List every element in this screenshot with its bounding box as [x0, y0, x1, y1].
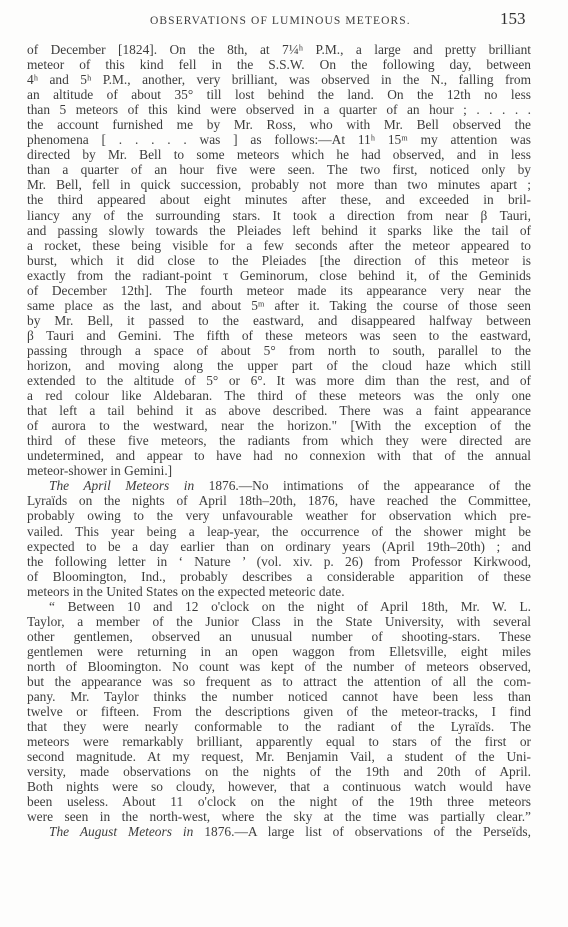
line-text: meteors in the United States on the expe…: [27, 584, 345, 599]
text-line: The August Meteors in 1876.—A large list…: [27, 824, 531, 839]
text-line: Both nights were so cloudy, however, tha…: [27, 779, 531, 794]
line-text: of Bloomington, Ind., probably describes…: [27, 569, 531, 584]
line-text: Both nights were so cloudy, however, tha…: [27, 779, 531, 794]
text-line: versity, made observations on the nights…: [27, 764, 531, 779]
text-line: than a quarter of an hour five were seen…: [27, 162, 531, 177]
section-heading-italic: The April Meteors in: [49, 478, 194, 493]
line-text: extended to the altitude of 5° or 6°. It…: [27, 373, 531, 388]
text-line: meteor-shower in Gemini.]: [27, 463, 531, 478]
text-line: exactly from the radiant-point τ Geminor…: [27, 268, 531, 283]
line-text: a rocket, these being visible for a few …: [27, 238, 531, 253]
page-number: 153: [500, 9, 526, 29]
line-text: been useless. About 11 o'clock on the ni…: [27, 794, 531, 809]
text-line: directed by Mr. Bell to some meteors whi…: [27, 147, 531, 162]
text-line: second magnitude. At my request, Mr. Ben…: [27, 749, 531, 764]
line-text: twelve or fifteen. From the descriptions…: [27, 704, 531, 719]
text-line: meteors were remarkably brilliant, appar…: [27, 734, 531, 749]
line-text: second magnitude. At my request, Mr. Ben…: [27, 749, 531, 764]
text-line: been useless. About 11 o'clock on the ni…: [27, 794, 531, 809]
line-text: were seen in the north-west, where the s…: [27, 809, 531, 824]
text-line: but the appearance was so frequent as to…: [27, 674, 531, 689]
line-text: of aurora to the westward, near the hori…: [27, 418, 531, 433]
line-text: the account furnished me by Mr. Ross, wh…: [27, 117, 531, 132]
line-text: vailed. This year being a leap-year, the…: [27, 524, 531, 539]
text-line: a rocket, these being visible for a few …: [27, 238, 531, 253]
line-text: 1876.—No intimations of the appearance o…: [194, 478, 531, 493]
line-text: than 5 meteors of this kind were observe…: [27, 102, 531, 117]
line-text: of December 12th]. The fourth meteor mad…: [27, 283, 531, 298]
line-text: the third appeared about eight minutes a…: [27, 192, 531, 207]
line-text: versity, made observations on the nights…: [27, 764, 531, 779]
text-line: of aurora to the westward, near the hori…: [27, 418, 531, 433]
text-line: by Mr. Bell, it passed to the eastward, …: [27, 313, 531, 328]
text-line: probably owing to the very unfavourable …: [27, 508, 531, 523]
line-text: directed by Mr. Bell to some meteors whi…: [27, 147, 531, 162]
line-text: meteor-shower in Gemini.]: [27, 463, 172, 478]
line-text: but the appearance was so frequent as to…: [27, 674, 531, 689]
line-text: other gentlemen, observed an unusual num…: [27, 629, 531, 644]
line-text: undetermined, and appear to have had no …: [27, 448, 531, 463]
text-line: Mr. Bell, fell in quick succession, prob…: [27, 177, 531, 192]
text-line: the following letter in ‘ Nature ’ (vol.…: [27, 554, 531, 569]
text-line: of Bloomington, Ind., probably describes…: [27, 569, 531, 584]
text-line: Lyraïds on the nights of April 18th–20th…: [27, 493, 531, 508]
line-text: and passing slowly towards the Pleiades …: [27, 223, 531, 238]
text-line: pany. Mr. Taylor thinks the number notic…: [27, 689, 531, 704]
text-line: burst, which it did close to the Pleiade…: [27, 253, 531, 268]
text-line: that they were nearly conformable to the…: [27, 719, 531, 734]
text-line: expected to be a day earlier than on ord…: [27, 539, 531, 554]
line-text: expected to be a day earlier than on ord…: [27, 539, 531, 554]
line-text: meteors were remarkably brilliant, appar…: [27, 734, 531, 749]
text-line: gentlemen were returning in an open wagg…: [27, 644, 531, 659]
running-header: OBSERVATIONS OF LUMINOUS METEORS. 153: [0, 9, 568, 29]
line-text: “ Between 10 and 12 o'clock on the night…: [49, 599, 531, 614]
line-text: meteor of this kind fell in the S.S.W. O…: [27, 57, 531, 72]
line-text: Lyraïds on the nights of April 18th–20th…: [27, 493, 531, 508]
line-text: a red colour like Aldebaran. The third o…: [27, 388, 531, 403]
text-line: phenomena [ . . . . . was ] as follows:—…: [27, 132, 531, 147]
line-text: third of these five meteors, the radiant…: [27, 433, 531, 448]
text-line: vailed. This year being a leap-year, the…: [27, 524, 531, 539]
text-line: horizon, and moving along the upper part…: [27, 358, 531, 373]
line-text: that they were nearly conformable to the…: [27, 719, 531, 734]
body-text: of December [1824]. On the 8th, at 7¼ʰ P…: [27, 42, 531, 839]
text-line: that left a tail behind it as above desc…: [27, 403, 531, 418]
line-text: by Mr. Bell, it passed to the eastward, …: [27, 313, 531, 328]
line-text: Taylor, a member of the Junior Class in …: [27, 614, 531, 629]
text-line: twelve or fifteen. From the descriptions…: [27, 704, 531, 719]
running-title: OBSERVATIONS OF LUMINOUS METEORS.: [150, 15, 411, 27]
text-line: than 5 meteors of this kind were observe…: [27, 102, 531, 117]
text-line: other gentlemen, observed an unusual num…: [27, 629, 531, 644]
line-text: burst, which it did close to the Pleiade…: [27, 253, 531, 268]
line-text: an altitude of about 35° till lost behin…: [27, 87, 531, 102]
text-line: passing through a space of about 5° from…: [27, 343, 531, 358]
line-text: probably owing to the very unfavourable …: [27, 508, 531, 523]
text-line: an altitude of about 35° till lost behin…: [27, 87, 531, 102]
text-line: of December [1824]. On the 8th, at 7¼ʰ P…: [27, 42, 531, 57]
text-line: and passing slowly towards the Pleiades …: [27, 223, 531, 238]
text-line: undetermined, and appear to have had no …: [27, 448, 531, 463]
text-line: same place as the last, and about 5ᵐ aft…: [27, 298, 531, 313]
text-line: were seen in the north-west, where the s…: [27, 809, 531, 824]
line-text: β Tauri and Gemini. The fifth of these m…: [27, 328, 531, 343]
text-line: of December 12th]. The fourth meteor mad…: [27, 283, 531, 298]
line-text: phenomena [ . . . . . was ] as follows:—…: [27, 132, 531, 147]
line-text: 1876.—A large list of observations of th…: [193, 824, 531, 839]
line-text: of December [1824]. On the 8th, at 7¼ʰ P…: [27, 42, 531, 57]
line-text: gentlemen were returning in an open wagg…: [27, 644, 531, 659]
text-line: meteors in the United States on the expe…: [27, 584, 531, 599]
text-line: a red colour like Aldebaran. The third o…: [27, 388, 531, 403]
line-text: the following letter in ‘ Nature ’ (vol.…: [27, 554, 531, 569]
text-line: extended to the altitude of 5° or 6°. It…: [27, 373, 531, 388]
line-text: exactly from the radiant-point τ Geminor…: [27, 268, 531, 283]
text-line: liancy any of the surrounding stars. It …: [27, 208, 531, 223]
line-text: passing through a space of about 5° from…: [27, 343, 531, 358]
line-text: horizon, and moving along the upper part…: [27, 358, 531, 373]
line-text: north of Bloomington. No count was kept …: [27, 659, 531, 674]
text-line: the third appeared about eight minutes a…: [27, 192, 531, 207]
text-line: Taylor, a member of the Junior Class in …: [27, 614, 531, 629]
text-line: “ Between 10 and 12 o'clock on the night…: [27, 599, 531, 614]
line-text: Mr. Bell, fell in quick succession, prob…: [27, 177, 531, 192]
text-line: The April Meteors in 1876.—No intimation…: [27, 478, 531, 493]
text-line: 4ʰ and 5ʰ P.M., another, very brilliant,…: [27, 72, 531, 87]
text-line: β Tauri and Gemini. The fifth of these m…: [27, 328, 531, 343]
line-text: liancy any of the surrounding stars. It …: [27, 208, 531, 223]
text-line: north of Bloomington. No count was kept …: [27, 659, 531, 674]
line-text: that left a tail behind it as above desc…: [27, 403, 531, 418]
line-text: pany. Mr. Taylor thinks the number notic…: [27, 689, 531, 704]
text-line: the account furnished me by Mr. Ross, wh…: [27, 117, 531, 132]
text-line: third of these five meteors, the radiant…: [27, 433, 531, 448]
document-page: OBSERVATIONS OF LUMINOUS METEORS. 153 of…: [0, 0, 568, 927]
section-heading-italic: The August Meteors in: [49, 824, 193, 839]
text-line: meteor of this kind fell in the S.S.W. O…: [27, 57, 531, 72]
line-text: than a quarter of an hour five were seen…: [27, 162, 531, 177]
line-text: 4ʰ and 5ʰ P.M., another, very brilliant,…: [27, 72, 531, 87]
line-text: same place as the last, and about 5ᵐ aft…: [27, 298, 531, 313]
